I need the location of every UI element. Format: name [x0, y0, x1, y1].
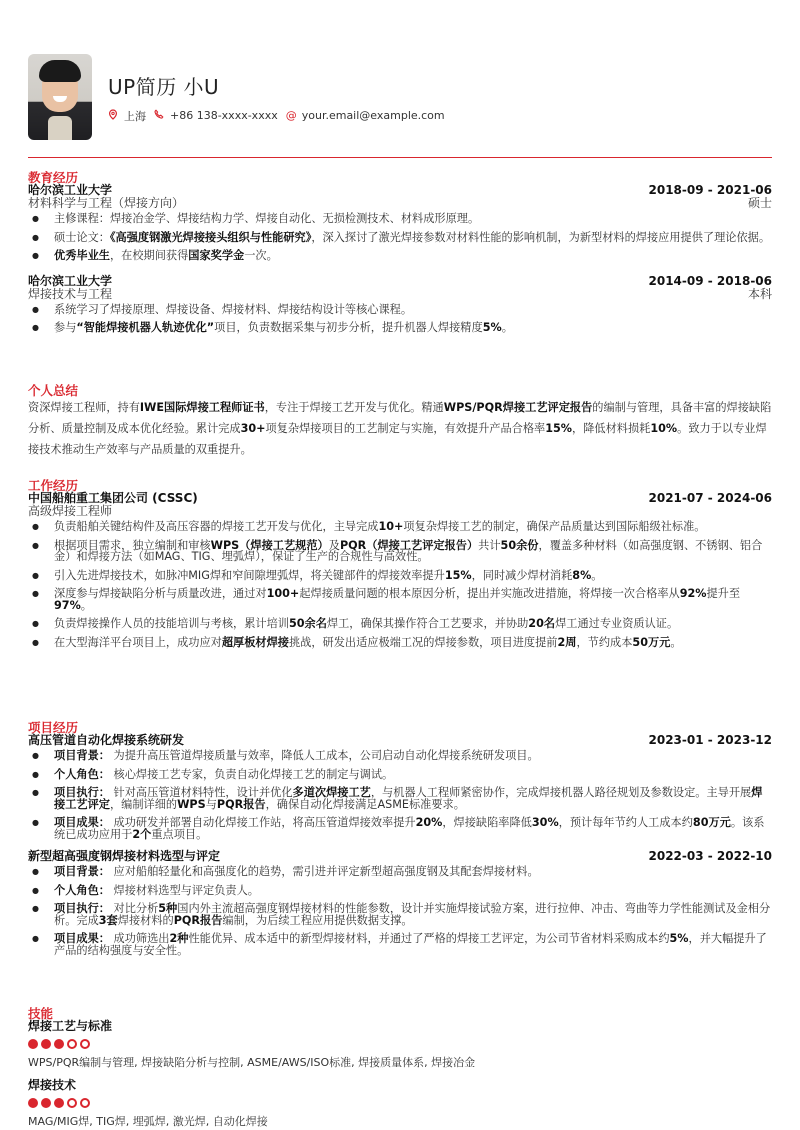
rating-dot-filled	[41, 1039, 51, 1049]
map-pin-icon	[108, 109, 118, 123]
contact-phone: +86 138-xxxx-xxxx	[154, 109, 278, 122]
contact-row: 上海 +86 138-xxxx-xxxx @ your.email@exampl…	[108, 108, 453, 124]
bullet-item: 参与“智能焊接机器人轨迹优化”项目，负责数据采集与初步分析，提升机器人焊接精度5…	[28, 322, 772, 334]
section-title-summary: 个人总结	[28, 384, 772, 397]
resume-page: UP简历 小U 上海 +86 138-xxxx-xxxx @ your.em	[0, 0, 800, 1130]
candidate-name: UP简历 小U	[108, 71, 453, 100]
bullet-item: 个人角色： 核心焊接工艺专家，负责自动化焊接工艺的制定与调试。	[28, 769, 772, 781]
project-name: 新型超高强度钢焊接材料选型与评定	[28, 850, 220, 863]
bullet-item: 优秀毕业生，在校期间获得国家奖学金一次。	[28, 250, 772, 262]
header-info: UP简历 小U 上海 +86 138-xxxx-xxxx @ your.em	[108, 71, 453, 124]
avatar-hair	[39, 60, 81, 82]
bullet-list: 项目背景： 应对船舶轻量化和高强度化的趋势，需引进并评定新型超高强度钢及其配套焊…	[28, 866, 772, 956]
skill-level-rating	[28, 1039, 772, 1049]
position: 高级焊接工程师	[28, 505, 112, 518]
skill-item: 焊接工艺与标准 WPS/PQR编制与管理, 焊接缺陷分析与控制, ASME/AW…	[28, 1020, 772, 1069]
bullet-list: 系统学习了焊接原理、焊接设备、焊接材料、焊接结构设计等核心课程。 参与“智能焊接…	[28, 304, 772, 334]
education-section: 教育经历 哈尔滨工业大学 2018-09 - 2021-06 材料科学与工程（焊…	[28, 171, 772, 341]
bullet-item: 主修课程：焊接冶金学、焊接结构力学、焊接自动化、无损检测技术、材料成形原理。	[28, 213, 772, 225]
bullet-item: 项目成果： 成功筛选出2种性能优异、成本适中的新型焊接材料，并通过了严格的焊接工…	[28, 933, 772, 956]
bullet-item: 负责船舶关键结构件及高压容器的焊接工艺开发与优化，主导完成10+项复杂焊接工艺的…	[28, 521, 772, 533]
bullet-list: 主修课程：焊接冶金学、焊接结构力学、焊接自动化、无损检测技术、材料成形原理。 硕…	[28, 213, 772, 262]
entry-dates: 2021-07 - 2024-06	[649, 492, 773, 505]
skill-description: WPS/PQR编制与管理, 焊接缺陷分析与控制, ASME/AWS/ISO标准,…	[28, 1057, 772, 1069]
bullet-list: 负责船舶关键结构件及高压容器的焊接工艺开发与优化，主导完成10+项复杂焊接工艺的…	[28, 521, 772, 648]
bullet-item: 项目执行： 针对高压管道材料特性，设计并优化多道次焊接工艺，与机器人工程师紧密协…	[28, 787, 772, 810]
degree: 本科	[748, 288, 772, 301]
rating-dot-empty	[80, 1039, 90, 1049]
rating-dot-filled	[41, 1098, 51, 1108]
summary-section: 个人总结 资深焊接工程师，持有IWE国际焊接工程师证书，专注于焊接工艺开发与优化…	[28, 384, 772, 460]
summary-text: 资深焊接工程师，持有IWE国际焊接工程师证书，专注于焊接工艺开发与优化。精通WP…	[28, 397, 772, 460]
bullet-item: 引入先进焊接技术，如脉冲MIG焊和窄间隙埋弧焊，将关键部件的焊接效率提升15%，…	[28, 570, 772, 582]
avatar-shirt	[48, 116, 72, 140]
bullet-item: 系统学习了焊接原理、焊接设备、焊接材料、焊接结构设计等核心课程。	[28, 304, 772, 316]
location-text: 上海	[124, 108, 146, 124]
skill-name: 焊接工艺与标准	[28, 1020, 772, 1033]
entry-dates: 2023-01 - 2023-12	[649, 734, 773, 747]
skills-section: 技能 焊接工艺与标准 WPS/PQR编制与管理, 焊接缺陷分析与控制, ASME…	[28, 1007, 772, 1128]
major: 材料科学与工程（焊接方向）	[28, 197, 184, 210]
email-link[interactable]: your.email@example.com	[302, 109, 445, 122]
header-divider	[28, 157, 772, 158]
project-entry: 新型超高强度钢焊接材料选型与评定 2022-03 - 2022-10 项目背景：…	[28, 850, 772, 956]
rating-dot-filled	[28, 1098, 38, 1108]
bullet-item: 项目背景： 为提升高压管道焊接质量与效率，降低人工成本，公司启动自动化焊接系统研…	[28, 750, 772, 762]
bullet-item: 深度参与焊接缺陷分析与质量改进，通过对100+起焊接质量问题的根本原因分析，提出…	[28, 588, 772, 611]
skill-level-rating	[28, 1098, 772, 1108]
bullet-item: 根据项目需求，独立编制和审核WPS（焊接工艺规范）及PQR（焊接工艺评定报告）共…	[28, 540, 772, 563]
work-section: 工作经历 中国船舶重工集团公司 (CSSC) 2021-07 - 2024-06…	[28, 479, 772, 655]
school-name: 哈尔滨工业大学	[28, 275, 112, 288]
work-entry: 中国船舶重工集团公司 (CSSC) 2021-07 - 2024-06 高级焊接…	[28, 492, 772, 648]
bullet-item: 项目成果： 成功研发并部署自动化焊接工作站，将高压管道焊接效率提升20%，焊接缺…	[28, 817, 772, 840]
avatar	[28, 54, 92, 140]
bullet-list: 项目背景： 为提升高压管道焊接质量与效率，降低人工成本，公司启动自动化焊接系统研…	[28, 750, 772, 840]
skill-description: MAG/MIG焊, TIG焊, 埋弧焊, 激光焊, 自动化焊接	[28, 1116, 772, 1128]
rating-dot-filled	[54, 1098, 64, 1108]
project-name: 高压管道自动化焊接系统研发	[28, 734, 184, 747]
major: 焊接技术与工程	[28, 288, 112, 301]
bullet-item: 项目背景： 应对船舶轻量化和高强度化的趋势，需引进并评定新型超高强度钢及其配套焊…	[28, 866, 772, 878]
rating-dot-empty	[80, 1098, 90, 1108]
bullet-item: 个人角色： 焊接材料选型与评定负责人。	[28, 885, 772, 897]
at-icon: @	[286, 109, 296, 122]
project-entry: 高压管道自动化焊接系统研发 2023-01 - 2023-12 项目背景： 为提…	[28, 734, 772, 840]
bullet-item: 在大型海洋平台项目上，成功应对超厚板材焊接挑战，研发出适应极端工况的焊接参数，项…	[28, 637, 772, 649]
phone-text[interactable]: +86 138-xxxx-xxxx	[170, 109, 278, 122]
contact-email: @ your.email@example.com	[286, 109, 445, 122]
rating-dot-empty	[67, 1039, 77, 1049]
projects-section: 项目经历 高压管道自动化焊接系统研发 2023-01 - 2023-12 项目背…	[28, 721, 772, 963]
entry-dates: 2022-03 - 2022-10	[649, 850, 773, 863]
rating-dot-empty	[67, 1098, 77, 1108]
bullet-item: 负责焊接操作人员的技能培训与考核，累计培训50余名焊工，确保其操作符合工艺要求，…	[28, 618, 772, 630]
resume-header: UP简历 小U 上海 +86 138-xxxx-xxxx @ your.em	[28, 54, 453, 140]
degree: 硕士	[748, 197, 772, 210]
section-title-skills: 技能	[28, 1007, 772, 1020]
contact-location: 上海	[108, 108, 146, 124]
education-entry: 哈尔滨工业大学 2014-09 - 2018-06 焊接技术与工程 本科 系统学…	[28, 275, 772, 334]
phone-icon	[154, 109, 164, 122]
education-entry: 哈尔滨工业大学 2018-09 - 2021-06 材料科学与工程（焊接方向） …	[28, 184, 772, 262]
rating-dot-filled	[54, 1039, 64, 1049]
bullet-item: 硕士论文：《高强度钢激光焊接接头组织与性能研究》，深入探讨了激光焊接参数对材料性…	[28, 232, 772, 244]
rating-dot-filled	[28, 1039, 38, 1049]
skill-item: 焊接技术 MAG/MIG焊, TIG焊, 埋弧焊, 激光焊, 自动化焊接	[28, 1079, 772, 1128]
skill-name: 焊接技术	[28, 1079, 772, 1092]
bullet-item: 项目执行： 对比分析5种国内外主流超高强度钢焊接材料的性能参数，设计并实施焊接试…	[28, 903, 772, 926]
entry-dates: 2014-09 - 2018-06	[649, 275, 773, 288]
